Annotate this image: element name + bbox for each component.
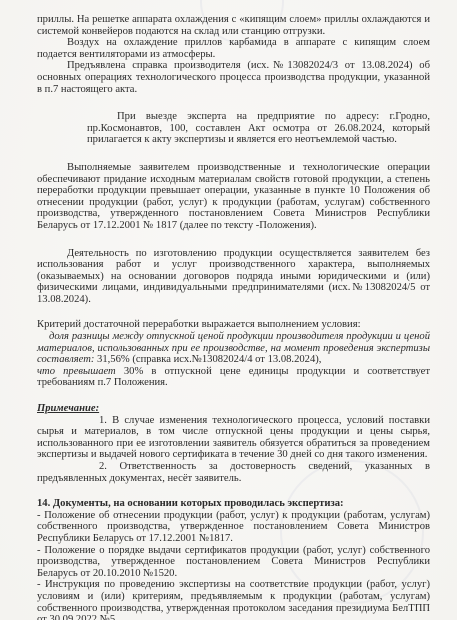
- document-page: приллы. На решетке аппарата охлаждения с…: [0, 0, 457, 620]
- paragraph-activity: Деятельность по изготовлению продукции о…: [37, 248, 430, 306]
- paragraph-reference: Предъявлена справка производителя (исх.№…: [37, 60, 430, 95]
- criterion-conclusion: что превышает 30% в отпускной цене едини…: [37, 366, 430, 389]
- section-14-title: 14. Документы, на основании которых пров…: [37, 498, 430, 510]
- note-item-2: 2. Ответственность за достоверность свед…: [37, 461, 430, 484]
- paragraph-cooling: приллы. На решетке аппарата охлаждения с…: [37, 14, 430, 37]
- note-item-1: 1. В случае изменения технологического п…: [37, 415, 430, 461]
- paragraph-air: Воздух на охлаждение приллов карбамида в…: [37, 37, 430, 60]
- section-14: 14. Документы, на основании которых пров…: [37, 498, 430, 620]
- criterion-italic-2: что превышает: [37, 366, 116, 377]
- criterion-condition: доля разницы между отпускной ценой проду…: [37, 331, 430, 366]
- criterion-heading: Критерий достаточной переработки выражае…: [37, 319, 430, 331]
- criterion-block: Критерий достаточной переработки выражае…: [37, 319, 430, 389]
- paragraph-inspection: При выезде эксперта на предприятие по ад…: [87, 111, 430, 146]
- document-body: приллы. На решетке аппарата охлаждения с…: [37, 14, 430, 620]
- note-title: Примечание:: [37, 403, 430, 415]
- paragraph-operations: Выполняемые заявителем производственные …: [37, 162, 430, 232]
- section-14-item: - Положение об отнесении продукции (рабо…: [37, 510, 430, 545]
- criterion-value-1: 31,56% (справка исх.№13082024/4 от 13.08…: [94, 354, 321, 365]
- section-14-item: - Инструкция по проведению экспертизы на…: [37, 579, 430, 620]
- section-14-item: - Положение о порядке выдачи сертификато…: [37, 545, 430, 580]
- note-block: Примечание: 1. В случае изменения технол…: [37, 403, 430, 484]
